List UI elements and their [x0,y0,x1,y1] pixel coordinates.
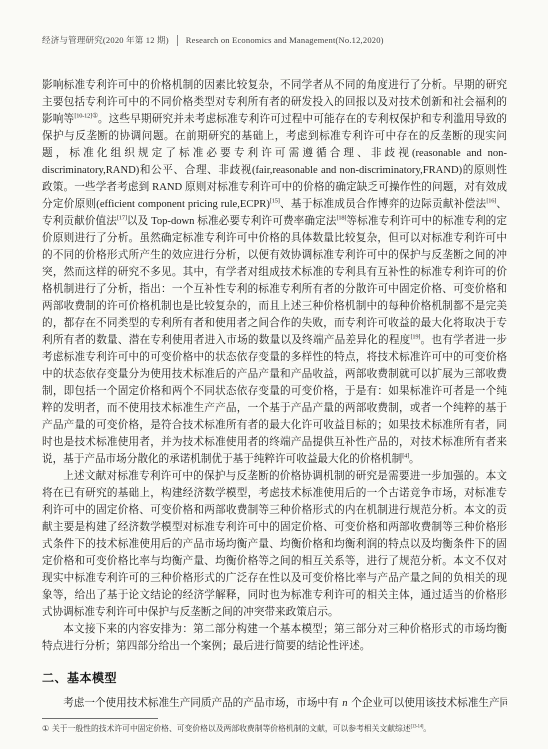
paragraph-literature-review: 影响标准专利许可中的价格机制的因素比较复杂，不同学者从不同的角度进行了分析。早期… [42,77,507,468]
article-body: 影响标准专利许可中的价格机制的因素比较复杂，不同学者从不同的角度进行了分析。早期… [42,77,507,718]
journal-title-en: Research on Economics and Management(No.… [186,35,384,45]
footnote-divider [42,718,158,719]
paragraph-roadmap: 本文接下来的内容安排为：第二部分构建一个基本模型；第三部分对三种价格形式的市场均… [42,621,507,655]
footnote: ①关于一般性的技术许可中固定价格、可变价格以及两部收费制等价格机制的文献，可以参… [42,724,514,734]
footnote-marker: ① [42,724,49,733]
header-separator [177,35,178,46]
footnote-text: 关于一般性的技术许可中固定价格、可变价格以及两部收费制等价格机制的文献，可以参考… [52,724,431,733]
paragraph-model-setup: 考虑一个使用技术标准生产同质产品的产品市场，市场中有 n 个企业可以使用该技术标… [42,695,507,712]
page-header: 经济与管理研究(2020 年第 12 期) Research on Econom… [42,34,384,46]
section-heading-basic-model: 二、基本模型 [42,669,507,686]
journal-title-cn: 经济与管理研究(2020 年第 12 期) [42,34,169,46]
footnote-area: ①关于一般性的技术许可中固定价格、可变价格以及两部收费制等价格机制的文献，可以参… [42,718,514,734]
paper-page: { "header": { "journal_cn": "经济与管理研究(202… [0,0,548,749]
paragraph-contribution: 上述文献对标准专利许可中的保护与反垄断的价格协调机制的研究是需要进一步加强的。本… [42,468,507,621]
